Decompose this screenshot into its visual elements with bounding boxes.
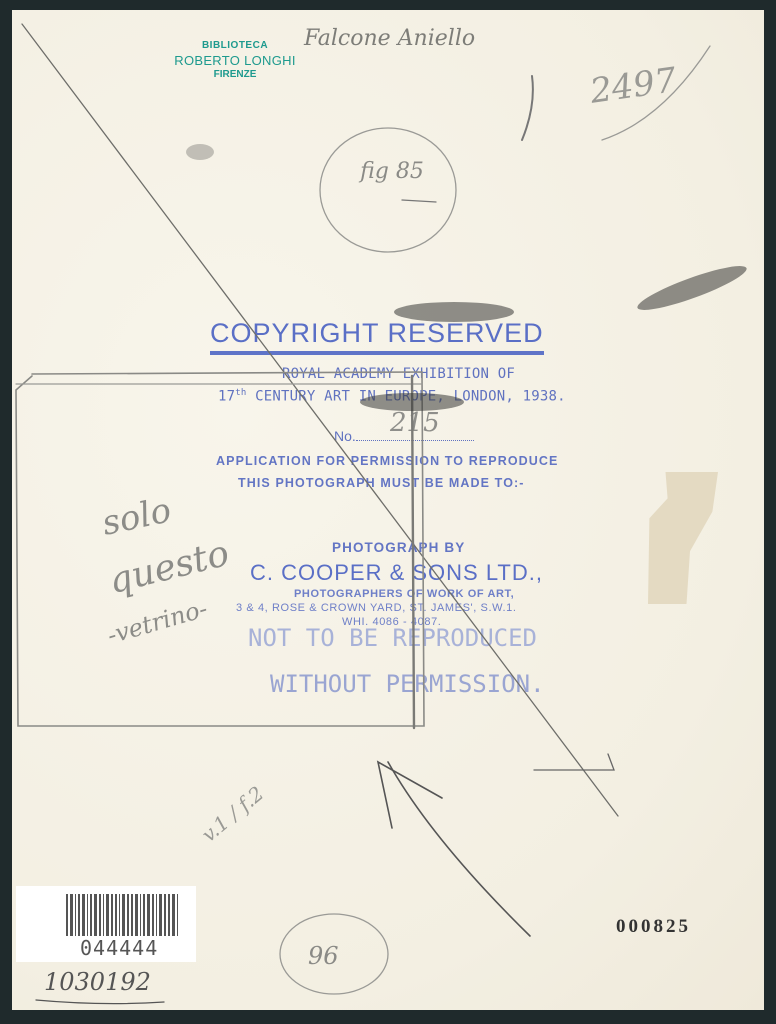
diagonal-line [22, 24, 618, 816]
photo-verso-card: BIBLIOTECA ROBERTO LONGHI FIRENZE Falcon… [12, 10, 764, 1010]
pencil-markings [12, 10, 764, 1010]
